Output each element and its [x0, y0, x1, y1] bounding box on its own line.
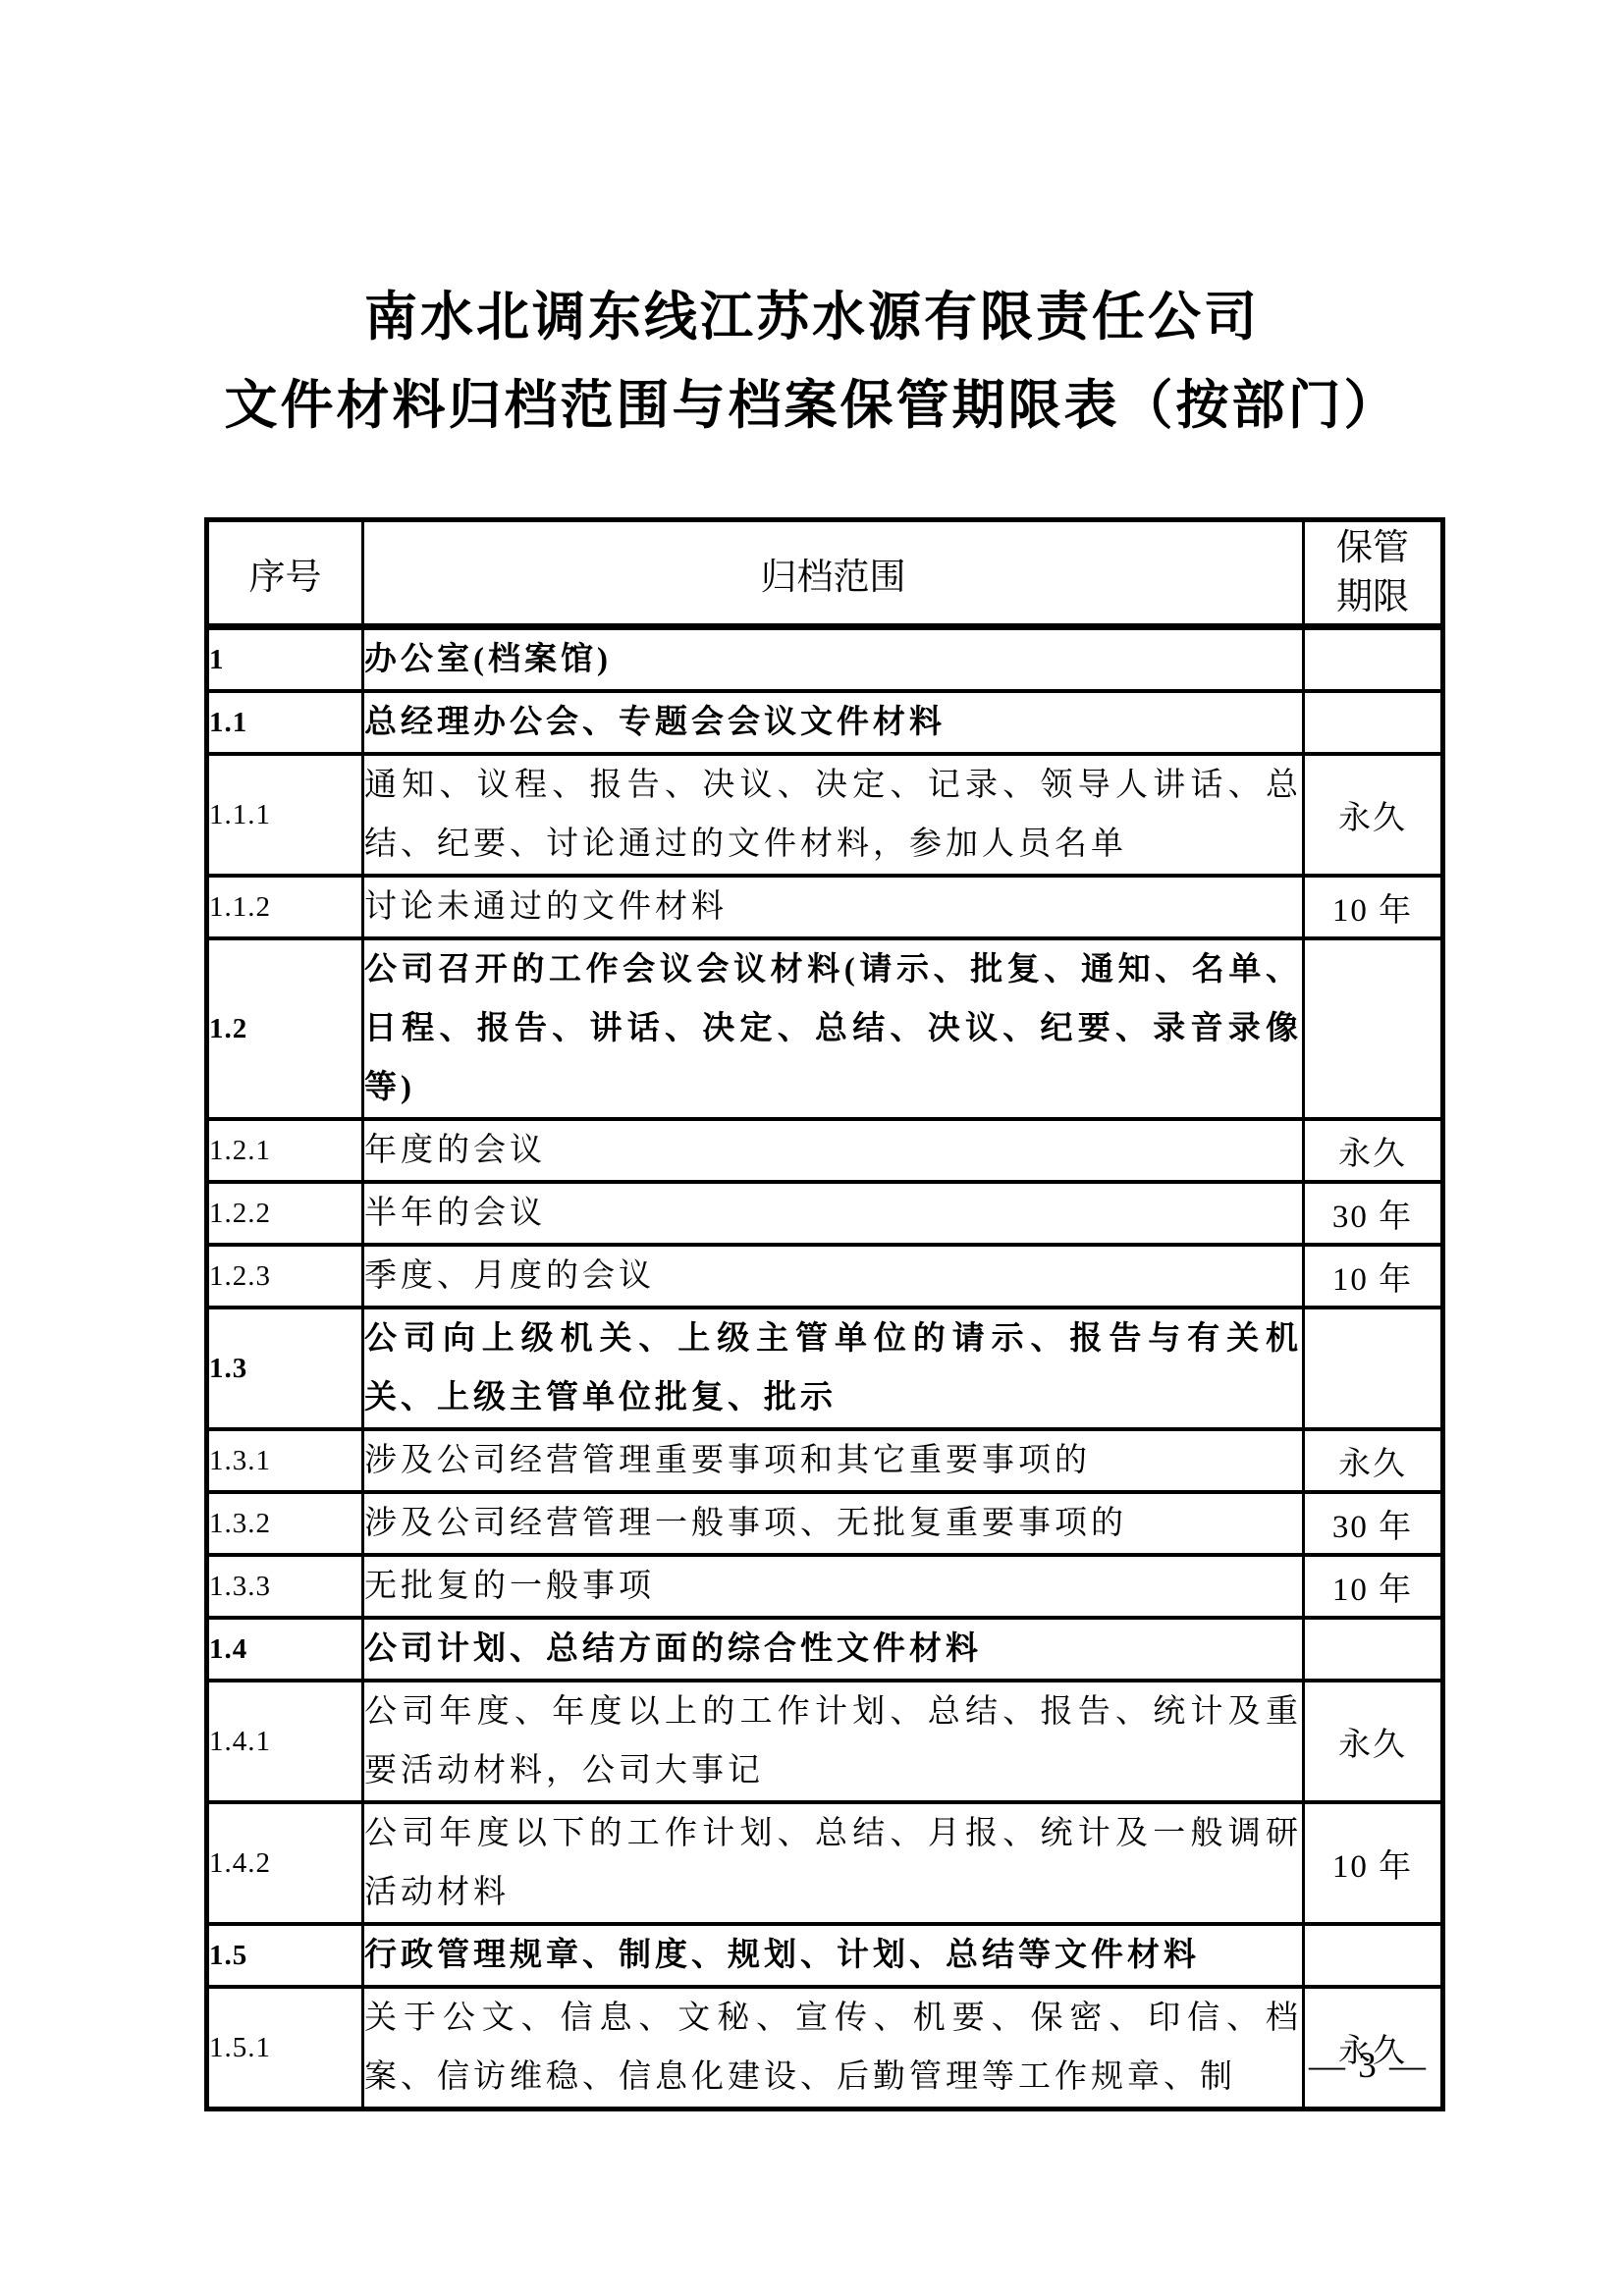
row-index-cell: 1.3.2	[207, 1492, 363, 1555]
archive-table-body: 1办公室(档案馆)1.1总经理办公会、专题会会议文件材料1.1.1通知、议程、报…	[207, 627, 1443, 2109]
scope-cell: 通知、议程、报告、决议、决定、记录、领导人讲话、总结、纪要、讨论通过的文件材料，…	[363, 754, 1304, 876]
retention-cell: 10 年	[1304, 1245, 1443, 1308]
table-row: 1.4公司计划、总结方面的综合性文件材料	[207, 1618, 1443, 1681]
table-row: 1.2.1年度的会议永久	[207, 1119, 1443, 1182]
retention-cell	[1304, 691, 1443, 754]
retention-cell: 10 年	[1304, 1555, 1443, 1618]
table-row: 1.5.1关于公文、信息、文秘、宣传、机要、保密、印信、档案、信访维稳、信息化建…	[207, 1987, 1443, 2109]
scope-cell: 讨论未通过的文件材料	[363, 876, 1304, 938]
row-index-cell: 1.3.3	[207, 1555, 363, 1618]
table-row: 1.3公司向上级机关、上级主管单位的请示、报告与有关机关、上级主管单位批复、批示	[207, 1308, 1443, 1429]
scope-cell: 行政管理规章、制度、规划、计划、总结等文件材料	[363, 1924, 1304, 1987]
retention-cell: 10 年	[1304, 1802, 1443, 1924]
table-row: 1.2公司召开的工作会议会议材料(请示、批复、通知、名单、日程、报告、讲话、决定…	[207, 938, 1443, 1119]
table-row: 1.3.3无批复的一般事项10 年	[207, 1555, 1443, 1618]
retention-cell	[1304, 1308, 1443, 1429]
retention-cell: 30 年	[1304, 1492, 1443, 1555]
table-row: 1.3.2涉及公司经营管理一般事项、无批复重要事项的30 年	[207, 1492, 1443, 1555]
row-index-cell: 1.5.1	[207, 1987, 363, 2109]
retention-cell	[1304, 938, 1443, 1119]
document-title-line2: 文件材料归档范围与档案保管期限表（按部门）	[0, 361, 1624, 450]
scope-cell: 公司召开的工作会议会议材料(请示、批复、通知、名单、日程、报告、讲话、决定、总结…	[363, 938, 1304, 1119]
scope-cell: 公司向上级机关、上级主管单位的请示、报告与有关机关、上级主管单位批复、批示	[363, 1308, 1304, 1429]
row-index-cell: 1.1	[207, 691, 363, 754]
header-scope-cell: 归档范围	[363, 520, 1304, 627]
header-retention-cell: 保管 期限	[1304, 520, 1443, 627]
table-row: 1办公室(档案馆)	[207, 627, 1443, 692]
scope-cell: 涉及公司经营管理一般事项、无批复重要事项的	[363, 1492, 1304, 1555]
scope-cell: 关于公文、信息、文秘、宣传、机要、保密、印信、档案、信访维稳、信息化建设、后勤管…	[363, 1987, 1304, 2109]
retention-cell: 30 年	[1304, 1182, 1443, 1245]
archive-retention-table: 序号 归档范围 保管 期限 1办公室(档案馆)1.1总经理办公会、专题会会议文件…	[204, 517, 1445, 2111]
table-row: 1.3.1涉及公司经营管理重要事项和其它重要事项的永久	[207, 1429, 1443, 1492]
scope-cell: 年度的会议	[363, 1119, 1304, 1182]
table-row: 1.4.2公司年度以下的工作计划、总结、月报、统计及一般调研活动材料10 年	[207, 1802, 1443, 1924]
scope-cell: 公司计划、总结方面的综合性文件材料	[363, 1618, 1304, 1681]
row-index-cell: 1.4	[207, 1618, 363, 1681]
row-index-cell: 1.4.2	[207, 1802, 363, 1924]
header-retention-line1: 保管	[1305, 524, 1440, 573]
header-index-cell: 序号	[207, 520, 363, 627]
row-index-cell: 1.2	[207, 938, 363, 1119]
retention-cell	[1304, 1924, 1443, 1987]
table-row: 1.2.2半年的会议30 年	[207, 1182, 1443, 1245]
table-row: 1.1.1通知、议程、报告、决议、决定、记录、领导人讲话、总结、纪要、讨论通过的…	[207, 754, 1443, 876]
row-index-cell: 1.1.2	[207, 876, 363, 938]
row-index-cell: 1.1.1	[207, 754, 363, 876]
row-index-cell: 1.4.1	[207, 1681, 363, 1802]
retention-cell	[1304, 627, 1443, 692]
retention-cell: 10 年	[1304, 876, 1443, 938]
table-row: 1.1.2讨论未通过的文件材料10 年	[207, 876, 1443, 938]
row-index-cell: 1.3	[207, 1308, 363, 1429]
table-row: 1.2.3季度、月度的会议10 年	[207, 1245, 1443, 1308]
document-page: 南水北调东线江苏水源有限责任公司 文件材料归档范围与档案保管期限表（按部门） 序…	[0, 0, 1624, 2296]
scope-cell: 公司年度以下的工作计划、总结、月报、统计及一般调研活动材料	[363, 1802, 1304, 1924]
row-index-cell: 1.2.2	[207, 1182, 363, 1245]
scope-cell: 公司年度、年度以上的工作计划、总结、报告、统计及重要活动材料，公司大事记	[363, 1681, 1304, 1802]
table-row: 1.5行政管理规章、制度、规划、计划、总结等文件材料	[207, 1924, 1443, 1987]
scope-cell: 办公室(档案馆)	[363, 627, 1304, 692]
row-index-cell: 1	[207, 627, 363, 692]
scope-cell: 涉及公司经营管理重要事项和其它重要事项的	[363, 1429, 1304, 1492]
table-row: 1.4.1公司年度、年度以上的工作计划、总结、报告、统计及重要活动材料，公司大事…	[207, 1681, 1443, 1802]
row-index-cell: 1.2.1	[207, 1119, 363, 1182]
document-title-line1: 南水北调东线江苏水源有限责任公司	[0, 273, 1624, 361]
retention-cell: 永久	[1304, 1681, 1443, 1802]
row-index-cell: 1.2.3	[207, 1245, 363, 1308]
scope-cell: 总经理办公会、专题会会议文件材料	[363, 691, 1304, 754]
row-index-cell: 1.5	[207, 1924, 363, 1987]
scope-cell: 季度、月度的会议	[363, 1245, 1304, 1308]
retention-cell	[1304, 1618, 1443, 1681]
header-retention-line2: 期限	[1305, 573, 1440, 622]
document-title: 南水北调东线江苏水源有限责任公司 文件材料归档范围与档案保管期限表（按部门）	[0, 273, 1624, 450]
retention-cell: 永久	[1304, 1119, 1443, 1182]
table-row: 1.1总经理办公会、专题会会议文件材料	[207, 691, 1443, 754]
scope-cell: 无批复的一般事项	[363, 1555, 1304, 1618]
retention-cell: 永久	[1304, 1429, 1443, 1492]
retention-cell: 永久	[1304, 754, 1443, 876]
page-number: — 3 —	[1309, 2045, 1428, 2087]
row-index-cell: 1.3.1	[207, 1429, 363, 1492]
table-header-row: 序号 归档范围 保管 期限	[207, 520, 1443, 627]
table-header: 序号 归档范围 保管 期限	[207, 520, 1443, 627]
scope-cell: 半年的会议	[363, 1182, 1304, 1245]
